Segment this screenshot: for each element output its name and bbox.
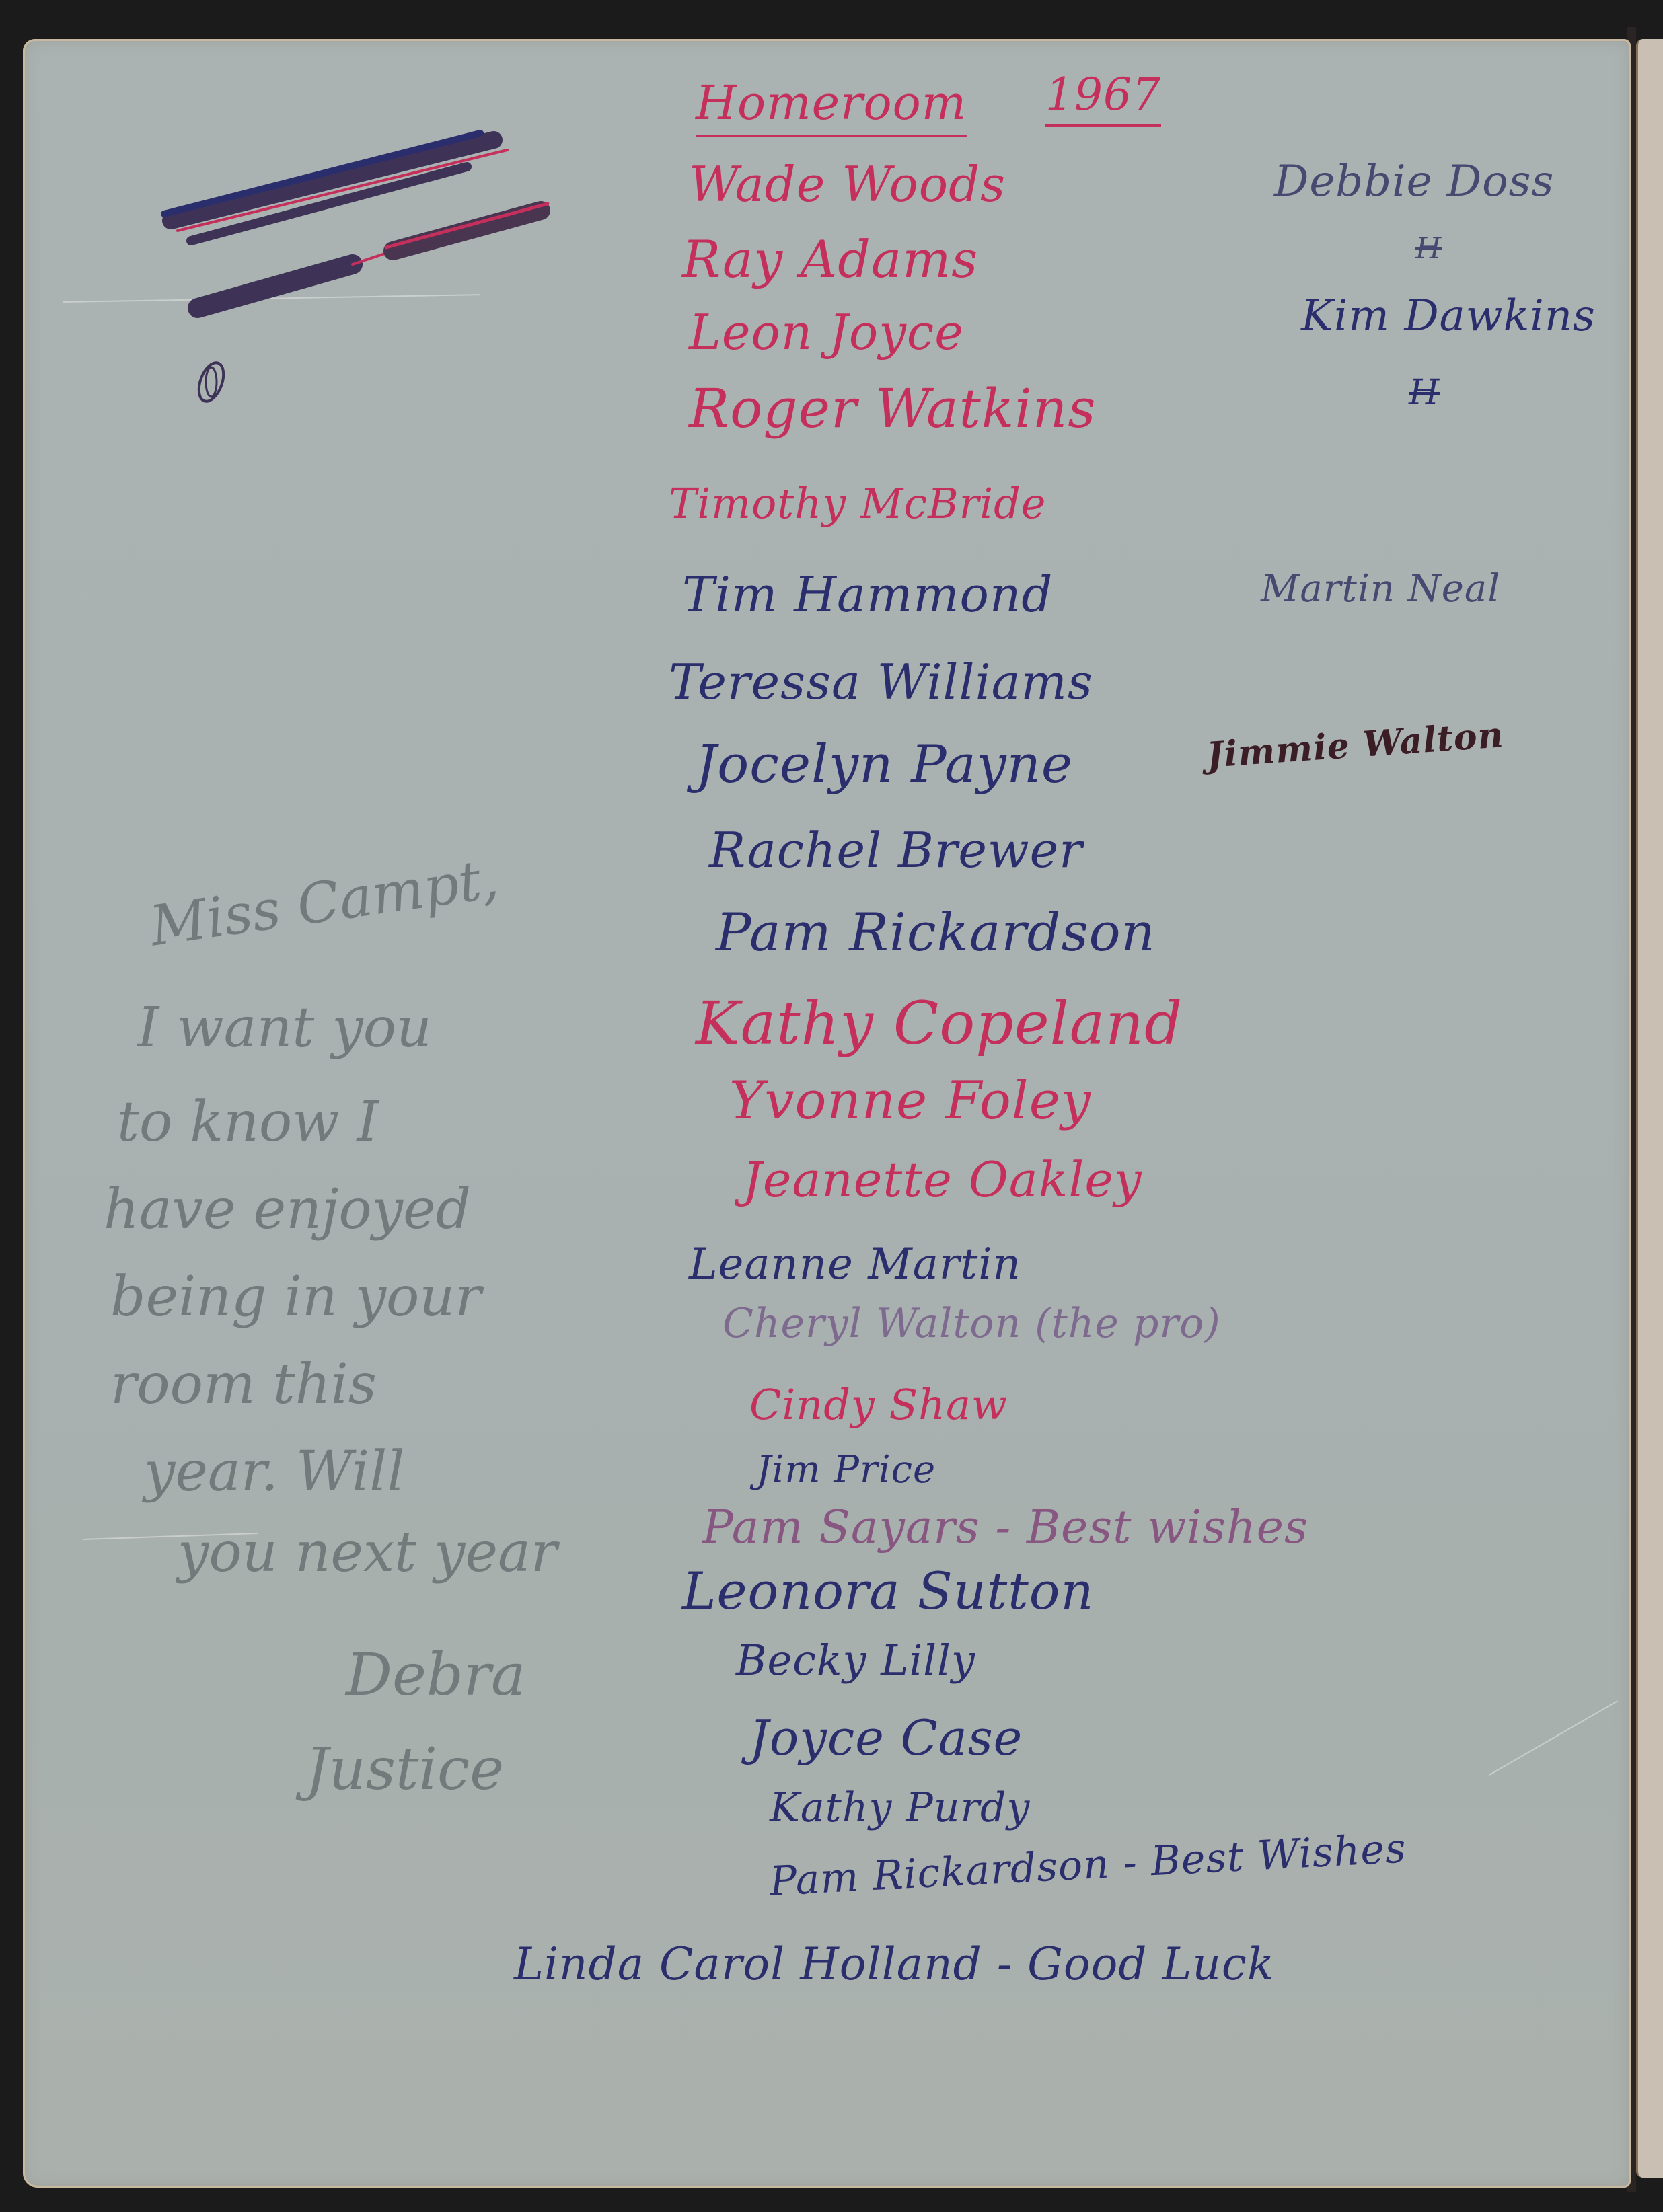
pencil-note-line: room this bbox=[110, 1357, 377, 1412]
signature-entry: Tim Hammond bbox=[682, 570, 1053, 619]
signature-entry: Jocelyn Payne bbox=[696, 738, 1073, 791]
signature-entry: Ray Adams bbox=[682, 234, 978, 285]
signature-entry: Timothy McBride bbox=[669, 483, 1047, 525]
signature-entry: Linda Carol Holland - Good Luck bbox=[514, 1942, 1275, 1987]
signature-entry: Joyce Case bbox=[749, 1714, 1023, 1762]
signature-entry: Leonora Sutton bbox=[682, 1566, 1095, 1617]
signature-entry: Leon Joyce bbox=[689, 308, 964, 356]
side-signature: Debbie Doss bbox=[1274, 160, 1554, 203]
signature-entry: Kathy Copeland bbox=[696, 994, 1183, 1053]
signature-entry: Pam Rickardson - Best Wishes bbox=[768, 1828, 1407, 1902]
side-signature: Kim Dawkins bbox=[1301, 295, 1596, 338]
signature-entry: Kathy Purdy bbox=[770, 1788, 1030, 1828]
homeroom-title: Homeroom bbox=[696, 79, 967, 126]
pencil-note-line: to know I bbox=[117, 1095, 379, 1150]
homeroom-title-text: Homeroom bbox=[696, 75, 967, 137]
homeroom-year-text: 1967 bbox=[1045, 69, 1161, 127]
paper-crease bbox=[1489, 1700, 1619, 1776]
yearbook-page: Homeroom 1967 Wade Woods Ray Adams Leon … bbox=[23, 39, 1631, 2188]
pencil-note-signature: Debra bbox=[346, 1646, 525, 1704]
signature-entry: Teressa Williams bbox=[669, 658, 1093, 706]
signature-entry: Leanne Martin bbox=[689, 1243, 1021, 1286]
pencil-note-line: Miss Campt, bbox=[147, 851, 502, 955]
pencil-note-line: I want you bbox=[137, 1001, 432, 1056]
signature-entry: Roger Watkins bbox=[689, 382, 1096, 436]
signature-entry: Cheryl Walton (the pro) bbox=[723, 1303, 1221, 1344]
signature-entry: Yvonne Foley bbox=[729, 1075, 1091, 1127]
pencil-note-line: being in your bbox=[110, 1270, 481, 1325]
signature-entry: Cindy Shaw bbox=[749, 1384, 1008, 1426]
pencil-note-signature: Justice bbox=[305, 1741, 504, 1798]
pencil-note-line: you next year bbox=[178, 1525, 557, 1580]
signature-entry: Rachel Brewer bbox=[709, 826, 1083, 874]
signature-entry: Pam Sayars - Best wishes bbox=[702, 1505, 1308, 1551]
pencil-note-line: year. Will bbox=[144, 1445, 405, 1500]
scribble-crossed-out-icon bbox=[144, 86, 601, 409]
side-signature: Jimmie Walton bbox=[1206, 718, 1505, 773]
side-signature-mark: H bbox=[1415, 234, 1442, 264]
pencil-note-line: have enjoyed bbox=[104, 1182, 471, 1237]
homeroom-year: 1967 bbox=[1045, 73, 1161, 117]
side-signature: Martin Neal bbox=[1261, 570, 1500, 608]
signature-entry: Jeanette Oakley bbox=[743, 1155, 1142, 1204]
signature-entry: Becky Lilly bbox=[736, 1640, 975, 1681]
signature-entry: Jim Price bbox=[756, 1451, 936, 1489]
adjacent-page-edge bbox=[1636, 39, 1663, 2178]
signature-entry: Wade Woods bbox=[689, 160, 1006, 208]
side-signature-mark: H bbox=[1409, 375, 1440, 410]
signature-entry: Pam Rickardson bbox=[716, 907, 1156, 959]
